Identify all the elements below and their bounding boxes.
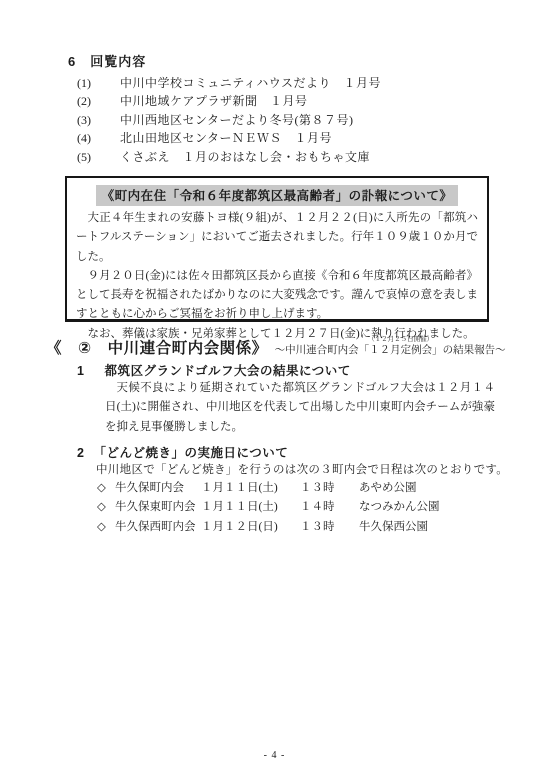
obituary-body: 大正４年生まれの安藤トヨ様(９組)が、１２月２２(日)に入所先の「都筑ハートフル… [76,209,478,344]
diamond-bullet-icon: ◇ [97,480,115,494]
subsection1-body: 天候不良により延期されていた都筑区グランドゴルフ大会は１２月１４日(土)に開催さ… [105,379,495,437]
list-item-number: (5) [77,150,101,165]
list-item-text: 中川西地区センターだより冬号(第８７号) [120,111,354,128]
subsection1-number: 1 [77,364,84,378]
subsection2-number: 2 [77,446,84,460]
list-item-text: くさぶえ １月のおはなし会・おもちゃ文庫 [120,148,370,165]
subsection1-title: 1 都筑区グランドゴルフ大会の結果について [77,361,351,379]
list-item: (1) 中川中学校コミュニティハウスだより １月号 [77,74,507,92]
association-name: 牛久保町内会 [115,479,201,495]
event-time: １４時 [300,498,359,514]
association-name: 牛久保東町内会 [115,498,201,514]
document-page: 6 回覧内容 (1) 中川中学校コミュニティハウスだより １月号 (2) 中川地… [0,0,549,776]
subtitle-term: １２月定例会 [369,344,432,356]
list-item-number: (1) [77,76,101,91]
schedule-row: ◇ 牛久保西町内会 １月１２日(日) １３時 牛久保西公園 [97,518,497,537]
section2-main-title: 《 ② 中川連合町内会関係》 [46,336,268,358]
section6-heading: 6 回覧内容 [68,51,146,70]
list-item-number: (3) [77,113,101,128]
schedule-row: ◇ 牛久保町内会 １月１１日(土) １３時 あやめ公園 [97,479,497,498]
event-date: １月１１日(土) [201,498,300,514]
list-item-number: (4) [77,131,101,146]
subsection2-title: 2 「どんど焼き」の実施日について [77,443,288,461]
list-item-text: 中川中学校コミュニティハウスだより １月号 [120,74,381,91]
diamond-bullet-icon: ◇ [97,519,115,533]
subtitle-date-note: （１２月２５日開催） [368,334,433,343]
list-item: (2) 中川地域ケアプラザ新聞 １月号 [77,92,507,110]
dondoyaki-schedule-list: ◇ 牛久保町内会 １月１１日(土) １３時 あやめ公園 ◇ 牛久保東町内会 １月… [97,479,497,537]
list-item-text: 中川地域ケアプラザ新聞 １月号 [120,92,308,109]
event-place: あやめ公園 [359,479,417,495]
list-item-text: 北山田地区センターＮＥＷＳ １月号 [120,129,332,146]
list-item: (3) 中川西地区センターだより冬号(第８７号) [77,111,507,129]
event-time: １３時 [300,518,359,534]
subtitle-term-wrap: （１２月２５日開催）１２月定例会 [369,342,432,357]
obituary-notice-box: 《町内在住「令和６年度都筑区最高齢者」の訃報について》 大正４年生まれの安藤トヨ… [65,176,489,322]
subtitle-suffix: 」の結果報告～ [432,344,506,356]
section6-title: 回覧内容 [90,51,146,70]
event-date: １月１２日(日) [201,518,300,534]
association-name: 牛久保西町内会 [115,518,201,534]
circulation-list: (1) 中川中学校コミュニティハウスだより １月号 (2) 中川地域ケアプラザ新… [77,74,507,166]
section2-heading: 《 ② 中川連合町内会関係》 ～中川連合町内会「（１２月２５日開催）１２月定例会… [46,336,506,358]
obituary-title-row: 《町内在住「令和６年度都筑区最高齢者」の訃報について》 [67,185,487,206]
event-place: 牛久保西公園 [359,518,428,534]
event-time: １３時 [300,479,359,495]
subtitle-prefix: ～中川連合町内会「 [275,344,370,356]
subsection1-title-text: 都筑区グランドゴルフ大会の結果について [104,361,350,379]
event-date: １月１１日(土) [201,479,300,495]
schedule-row: ◇ 牛久保東町内会 １月１１日(土) １４時 なつみかん公園 [97,498,497,517]
subsection2-intro: 中川地区で「どんど焼き」を行うのは次の３町内会で日程は次のとおりです。 [96,461,516,477]
list-item: (4) 北山田地区センターＮＥＷＳ １月号 [77,129,507,147]
obituary-title: 《町内在住「令和６年度都筑区最高齢者」の訃報について》 [96,185,459,206]
page-number: - 4 - [0,750,549,761]
list-item: (5) くさぶえ １月のおはなし会・おもちゃ文庫 [77,148,507,166]
subsection2-title-text: 「どんど焼き」の実施日について [93,443,288,461]
list-item-number: (2) [77,94,101,109]
diamond-bullet-icon: ◇ [97,499,115,513]
section6-number: 6 [68,54,76,69]
section2-subtitle: ～中川連合町内会「（１２月２５日開催）１２月定例会」の結果報告～ [275,342,506,357]
obituary-paragraph: ９月２０日(金)には佐々田都筑区長から直接《令和６年度都筑区最高齢者》として長寿… [76,267,478,325]
obituary-paragraph: 大正４年生まれの安藤トヨ様(９組)が、１２月２２(日)に入所先の「都筑ハートフル… [76,209,478,267]
event-place: なつみかん公園 [359,498,440,514]
